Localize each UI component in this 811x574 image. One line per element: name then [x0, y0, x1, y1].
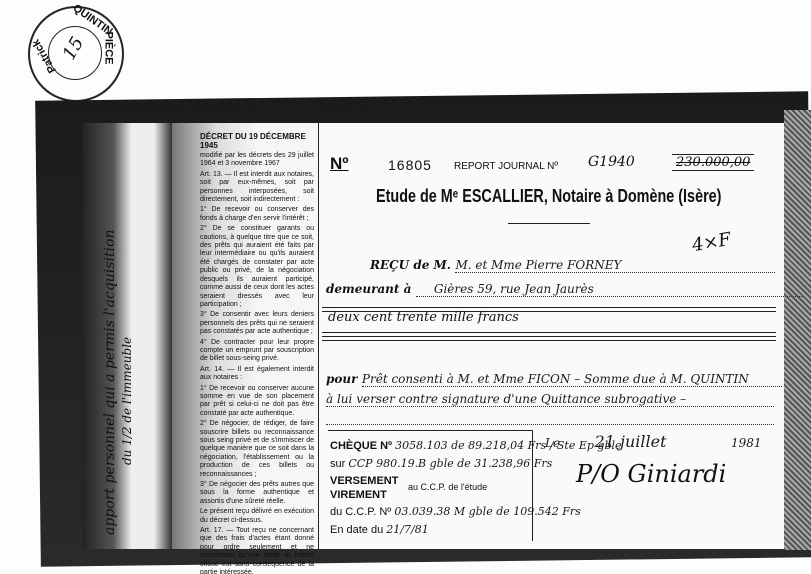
- dated-field: En date du 21/7/81: [330, 523, 429, 536]
- receipt-form: Nº 16805 REPORT JOURNAL Nº G1940 230.000…: [320, 140, 780, 540]
- decree-subtitle: modifié par les décrets des 29 juillet 1…: [200, 152, 314, 169]
- from-ccp-value: 03.039.38 M gble de 109.542 Frs: [394, 505, 580, 518]
- decree-paragraph: 4° De contracter pour leur propre compte…: [200, 339, 314, 364]
- received-from-value: M. et Mme Pierre FORNEY: [455, 258, 775, 273]
- decree-paragraph: 3° De négocier des prêts autres que sous…: [200, 481, 314, 506]
- payment-method-box: CHÈQUE Nº 3058.103 de 89.218,04 Frs / St…: [328, 430, 533, 541]
- ccp-etude-label: au C.C.P. de l'étude: [408, 482, 487, 492]
- date-prefix: Le: [545, 436, 560, 450]
- decree-paragraph: Art. 14. — Il est également interdit aux…: [200, 366, 314, 383]
- margin-note-line-2: du 1/2 de l'immeuble: [120, 337, 134, 465]
- margin-note-line-1: apport personnel qui a permis l'acquisit…: [102, 230, 118, 535]
- decree-paragraph: 2° De négocier, de rédiger, de faire sou…: [200, 420, 314, 479]
- received-from-field: REÇU de M. M. et Mme Pierre FORNEY: [370, 256, 775, 274]
- decree-paragraph: 1° De recevoir ou conserver aucune somme…: [200, 385, 314, 419]
- receipt-number: 16805: [388, 157, 432, 173]
- notary-signature: P/O Giniardi: [576, 460, 726, 488]
- decree-paragraph: Le présent reçu délivré en exécution du …: [200, 508, 314, 525]
- from-ccp-label: du C.C.P. Nº: [330, 506, 391, 518]
- decree-paragraph: 1° De recevoir ou conserver des fonds à …: [200, 206, 314, 223]
- decree-paragraph: 2° De se constituer garants ou cautions,…: [200, 225, 314, 309]
- date-field: Le 21 juillet 1981: [545, 432, 762, 452]
- handwritten-annotation: 4×F: [690, 229, 732, 256]
- residing-at-value: Gières 59, rue Jean Jaurès: [416, 282, 804, 297]
- residing-at-label: demeurant à: [326, 282, 411, 296]
- from-ccp-field: du C.C.P. Nº 03.039.38 M gble de 109.542…: [330, 505, 581, 518]
- receipt-amount: 230.000,00: [672, 154, 754, 171]
- residing-at-field: demeurant à Gières 59, rue Jean Jaurès: [326, 280, 804, 298]
- amount-in-words: deux cent trente mille francs: [328, 310, 519, 325]
- drawn-on-value: CCP 980.19.B gble de 31.238,96 Frs: [348, 457, 552, 470]
- heading-underline: [508, 223, 590, 224]
- decree-paragraph: Art. 13. — Il est interdit aux notaires,…: [200, 171, 314, 205]
- drawn-on-label: sur: [330, 458, 345, 470]
- decree-paragraph: Art. 17. — Tout reçu ne concernant que d…: [200, 527, 314, 574]
- received-from-label: REÇU de M.: [370, 258, 451, 272]
- versement-label: VERSEMENT: [330, 475, 398, 487]
- scan-edge-noise: [784, 110, 811, 550]
- purpose-value: Prêt consenti à M. et Mme FICON – Somme …: [362, 372, 782, 387]
- cheque-label: CHÈQUE Nº: [330, 440, 392, 452]
- margin-handwritten-note: apport personnel qui a permis l'acquisit…: [96, 135, 166, 535]
- purpose-blank-line: [326, 412, 774, 425]
- virement-label: VIREMENT: [330, 489, 387, 501]
- purpose-field: pour Prêt consenti à M. et Mme FICON – S…: [326, 370, 782, 388]
- receipt-number-label: Nº: [330, 154, 349, 174]
- dated-label: En date du: [330, 524, 383, 536]
- purpose-field-line-2: à lui verser contre signature d'une Quit…: [326, 390, 774, 408]
- dated-value: 21/7/81: [386, 523, 428, 536]
- drawn-on-field: sur CCP 980.19.B gble de 31.238,96 Frs: [330, 457, 552, 470]
- quintin-piece-stamp: QUINTIN PIÈCE Patrick 15: [28, 6, 124, 102]
- date-year: 1981: [731, 436, 762, 450]
- decree-paragraph: 3° De consentir avec leurs deniers perso…: [200, 311, 314, 336]
- report-journal-number: G1940: [588, 154, 635, 170]
- decree-title: DÉCRET DU 19 DÉCEMBRE 1945: [200, 132, 314, 150]
- date-value: 21 juillet: [595, 432, 667, 451]
- stamp-text-right: PIÈCE: [103, 31, 115, 64]
- purpose-label: pour: [326, 372, 357, 386]
- report-journal-label: REPORT JOURNAL Nº: [454, 161, 558, 172]
- legal-decree-column: DÉCRET DU 19 DÉCEMBRE 1945 modifié par l…: [172, 123, 319, 549]
- purpose-value-line-2: à lui verser contre signature d'une Quit…: [326, 392, 774, 407]
- notary-office-heading: Etude de Mᵉ ESCALLIER, Notaire à Domène …: [376, 186, 721, 207]
